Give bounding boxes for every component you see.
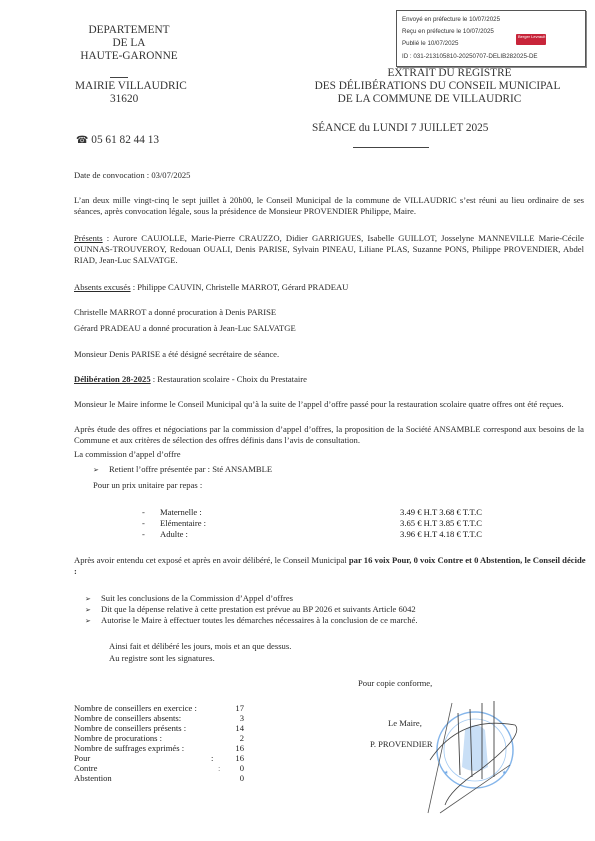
retained-offer: ➢ Retient l’offre présentée par : Sté AN… [93, 464, 272, 476]
absents-label: Absents excusés [74, 282, 131, 292]
price-row-maternelle: - Maternelle : 3.49 € H.T 3.68 € T.T.C [142, 507, 482, 518]
title-line-1: EXTRAIT DU REGISTRE [280, 67, 595, 80]
closing-line-1: Ainsi fait et délibéré les jours, mois e… [109, 641, 291, 652]
department-line: DEPARTEMENT [70, 24, 188, 37]
register-title: EXTRAIT DU REGISTRE DES DÉLIBÉRATIONS DU… [280, 67, 595, 106]
price-label: Elémentaire : [160, 518, 206, 529]
arrow-bullet-icon: ➢ [85, 617, 91, 625]
arrow-bullet-icon: ➢ [85, 595, 91, 603]
department-line: HAUTE-GARONNE [70, 50, 188, 63]
presents-label: Présents [74, 233, 103, 243]
absents-paragraph: Absents excusés : Philippe CAUVIN, Chris… [74, 282, 348, 293]
published-date: Publié le 10/07/2025 [402, 40, 458, 47]
stats-row: Nombre de suffrages exprimés : 16 [74, 744, 244, 754]
phone-number: 05 61 82 44 13 [91, 134, 159, 146]
stats-row: Abstention 0 [74, 774, 244, 784]
svg-text:★: ★ [444, 770, 449, 776]
prefecture-stamp: Envoyé en préfecture le 10/07/2025 Reçu … [396, 10, 586, 67]
presents-paragraph: Présents : Aurore CAUJOLLE, Marie-Pierre… [74, 233, 584, 266]
telephone-icon: ☎ [76, 135, 88, 146]
decision-3: ➢ Autorise le Maire à effectuer toutes l… [85, 615, 91, 627]
price-row-adulte: - Adulte : 3.96 € H.T 4.18 € T.T.C [142, 529, 482, 540]
arrow-bullet-icon: ➢ [85, 606, 91, 614]
presents-list: : Aurore CAUJOLLE, Marie-Pierre CRAUZZO,… [74, 233, 584, 265]
price-value: 3.65 € H.T 3.85 € T.T.C [400, 518, 482, 529]
vote-paragraph: Après avoir entendu cet exposé et après … [74, 555, 586, 577]
deliberation-heading: Délibération 28-2025 : Restauration scol… [74, 374, 307, 385]
official-seal-and-signature: ★ ★ [420, 695, 530, 815]
procuration-2: Gérard PRADEAU a donné procuration à Jea… [74, 323, 296, 334]
absents-list: : Philippe CAUVIN, Christelle MARROT, Gé… [131, 282, 349, 292]
title-line-3: DE LA COMMUNE DE VILLAUDRIC [280, 93, 595, 106]
convocation-date: Date de convocation : 03/07/2025 [74, 170, 190, 181]
price-value: 3.96 € H.T 4.18 € T.T.C [400, 529, 482, 540]
closing-line-2: Au registre sont les signatures. [109, 653, 215, 664]
procuration-1: Christelle MARROT a donné procuration à … [74, 307, 276, 318]
mayor-role: Le Maire, [388, 718, 422, 729]
deliberation-number: Délibération 28-2025 [74, 374, 151, 384]
price-label: Maternelle : [160, 507, 202, 518]
seance-divider [353, 147, 429, 148]
arrow-bullet-icon: ➢ [93, 466, 99, 474]
paragraph-info: Monsieur le Maire informe le Conseil Mun… [74, 399, 584, 410]
sent-date: Envoyé en préfecture le 10/07/2025 [402, 16, 500, 23]
seance-date: SÉANCE du LUNDI 7 JUILLET 2025 [312, 122, 488, 135]
mairie-name: MAIRIE VILLAUDRIC [75, 80, 187, 93]
received-date: Reçu en préfecture le 10/07/2025 [402, 28, 494, 35]
phone: ☎ 05 61 82 44 13 [76, 134, 159, 147]
price-row-elementaire: - Elémentaire : 3.65 € H.T 3.85 € T.T.C [142, 518, 482, 529]
price-label: Adulte : [160, 529, 188, 540]
title-line-2: DES DÉLIBÉRATIONS DU CONSEIL MUNICIPAL [280, 80, 595, 93]
svg-text:★: ★ [502, 770, 507, 776]
postcode: 31620 [110, 93, 138, 106]
unit-price-intro: Pour un prix unitaire par repas : [93, 480, 202, 491]
deliberation-subject: : Restauration scolaire - Choix du Prest… [151, 374, 307, 384]
berger-levrault-logo: Berger Levrault [516, 34, 546, 45]
letterhead-divider [110, 77, 128, 78]
paragraph-commission: La commission d’appel d’offre [74, 449, 181, 460]
department-block: DEPARTEMENT DE LA HAUTE-GARONNE [70, 24, 188, 63]
intro-paragraph: L’an deux mille vingt-cinq le sept juill… [74, 195, 584, 217]
copy-conforme: Pour copie conforme, [358, 678, 432, 689]
department-line: DE LA [70, 37, 188, 50]
secretary-line: Monsieur Denis PARISE a été désigné secr… [74, 349, 279, 360]
paragraph-analysis: Après étude des offres et négociations p… [74, 424, 584, 446]
price-value: 3.49 € H.T 3.68 € T.T.C [400, 507, 482, 518]
act-id: ID : 031-213105810-20250707-DELIB282025-… [402, 53, 538, 60]
